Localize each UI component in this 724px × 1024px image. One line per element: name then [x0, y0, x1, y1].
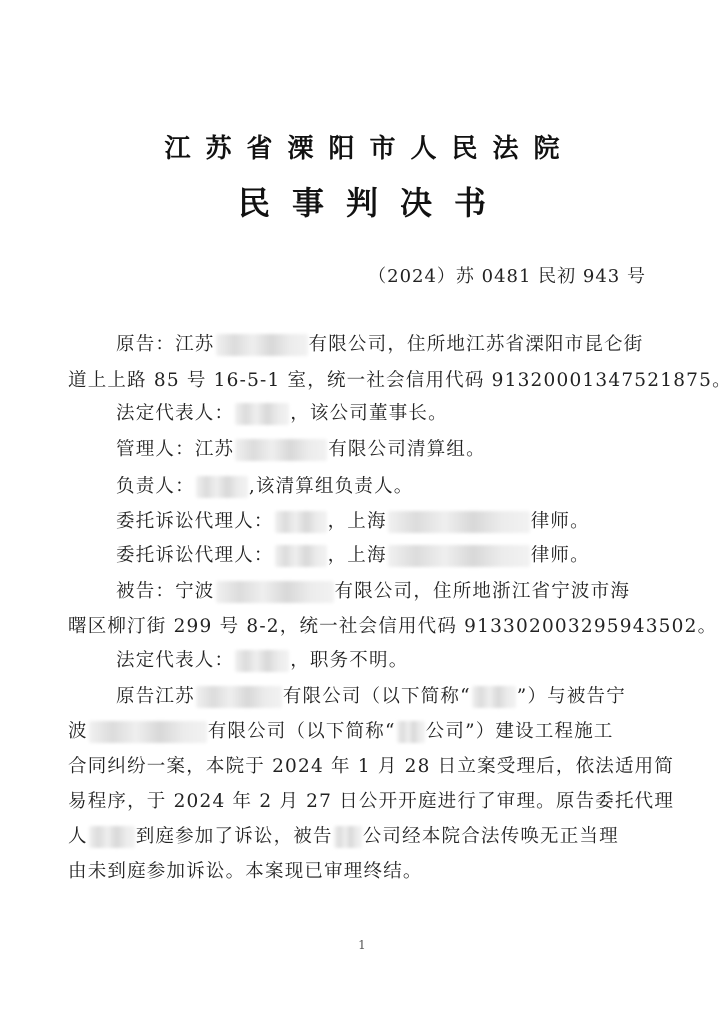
- body-text: 公司”）建设工程施工: [426, 721, 614, 742]
- plaintiff-rep-line: 法定代表人：，该公司董事长。: [116, 402, 648, 426]
- agent-line-2: 委托诉讼代理人：，上海律师。: [116, 544, 648, 568]
- redacted-name: [89, 721, 207, 743]
- court-name: 江苏省溧阳市人民法院: [0, 128, 724, 165]
- agent-label: 委托诉讼代理人：: [116, 511, 274, 532]
- redacted-name: [235, 439, 327, 461]
- defendant-suffix: 有限公司，住所地浙江省宁波市海: [335, 581, 631, 602]
- plaintiff-label: 原告：: [116, 334, 175, 355]
- redacted-name: [275, 511, 327, 533]
- redacted-name: [216, 334, 308, 356]
- plaintiff-suffix: 有限公司，住所地江苏省溧阳市昆仑街: [309, 334, 644, 355]
- agent-mid: ，上海: [328, 511, 387, 532]
- body-line-2: 波有限公司（以下简称“公司”）建设工程施工: [68, 720, 648, 744]
- defendant-label: 被告：: [116, 581, 175, 602]
- redacted-name: [334, 826, 362, 848]
- defendant-rep-suffix: ，职务不明。: [290, 650, 408, 671]
- plaintiff-rep-suffix: ，该公司董事长。: [290, 403, 448, 424]
- agent-mid: ，上海: [328, 545, 387, 566]
- body-text: ”）与被告宁: [517, 686, 626, 707]
- redacted-name: [216, 581, 334, 603]
- body-line-3: 合同纠纷一案，本院于 2024 年 1 月 28 日立案受理后，依法适用简: [68, 755, 648, 779]
- redacted-name: [472, 686, 516, 708]
- redacted-firm: [388, 545, 530, 567]
- defendant-prefix: 宁波: [175, 581, 214, 602]
- plaintiff-line-1: 原告：江苏有限公司，住所地江苏省溧阳市昆仑街: [116, 333, 648, 357]
- administrator-prefix: 江苏: [195, 439, 234, 460]
- admin-head-suffix: ,该清算组负责人。: [249, 476, 414, 497]
- redacted-firm: [388, 511, 530, 533]
- redacted-name: [196, 476, 248, 498]
- body-line-4: 易程序，于 2024 年 2 月 27 日公开开庭进行了审理。原告委托代理: [68, 790, 648, 814]
- body-text: 人: [68, 826, 88, 847]
- judgment-page: 江苏省溧阳市人民法院 民事判决书 （2024）苏 0481 民初 943 号 原…: [0, 0, 724, 1024]
- body-line-5: 人到庭参加了诉讼，被告公司经本院合法传唤无正当理: [68, 825, 648, 849]
- agent-line-1: 委托诉讼代理人：，上海律师。: [116, 510, 648, 534]
- redacted-name: [89, 826, 135, 848]
- plaintiff-rep-label: 法定代表人：: [116, 403, 234, 424]
- body-text: 波: [68, 721, 88, 742]
- defendant-line-1: 被告：宁波有限公司，住所地浙江省宁波市海: [116, 580, 648, 604]
- defendant-rep-label: 法定代表人：: [116, 650, 234, 671]
- body-text: 有限公司（以下简称“: [283, 686, 471, 707]
- admin-head-label: 负责人：: [116, 476, 195, 497]
- defendant-rep-line: 法定代表人：，职务不明。: [116, 649, 648, 673]
- redacted-name: [397, 721, 425, 743]
- case-number: （2024）苏 0481 民初 943 号: [368, 262, 646, 288]
- plaintiff-line-2: 道上上路 85 号 16-5-1 室，统一社会信用代码 913200013475…: [68, 369, 648, 393]
- body-text: 有限公司（以下简称“: [208, 721, 396, 742]
- body-line-1: 原告江苏有限公司（以下简称“”）与被告宁: [116, 685, 648, 709]
- body-line-6: 由未到庭参加诉讼。本案现已审理终结。: [68, 860, 648, 884]
- redacted-name: [235, 403, 289, 425]
- body-text: 公司经本院合法传唤无正当理: [363, 826, 619, 847]
- document-type-title: 民事判决书: [0, 178, 724, 224]
- redacted-name: [235, 650, 289, 672]
- redacted-name: [275, 545, 327, 567]
- administrator-line: 管理人：江苏有限公司清算组。: [116, 438, 648, 462]
- defendant-line-2: 曙区柳汀街 299 号 8-2，统一社会信用代码 913302003295943…: [68, 615, 648, 639]
- agent-suffix: 律师。: [531, 511, 590, 532]
- page-number: 1: [0, 938, 724, 952]
- admin-head-line: 负责人：,该清算组负责人。: [116, 475, 648, 499]
- redacted-name: [196, 686, 282, 708]
- agent-suffix: 律师。: [531, 545, 590, 566]
- body-text: 到庭参加了诉讼，被告: [136, 826, 333, 847]
- administrator-label: 管理人：: [116, 439, 195, 460]
- administrator-suffix: 有限公司清算组。: [328, 439, 486, 460]
- agent-label: 委托诉讼代理人：: [116, 545, 274, 566]
- body-text: 原告江苏: [116, 686, 195, 707]
- plaintiff-prefix: 江苏: [175, 334, 214, 355]
